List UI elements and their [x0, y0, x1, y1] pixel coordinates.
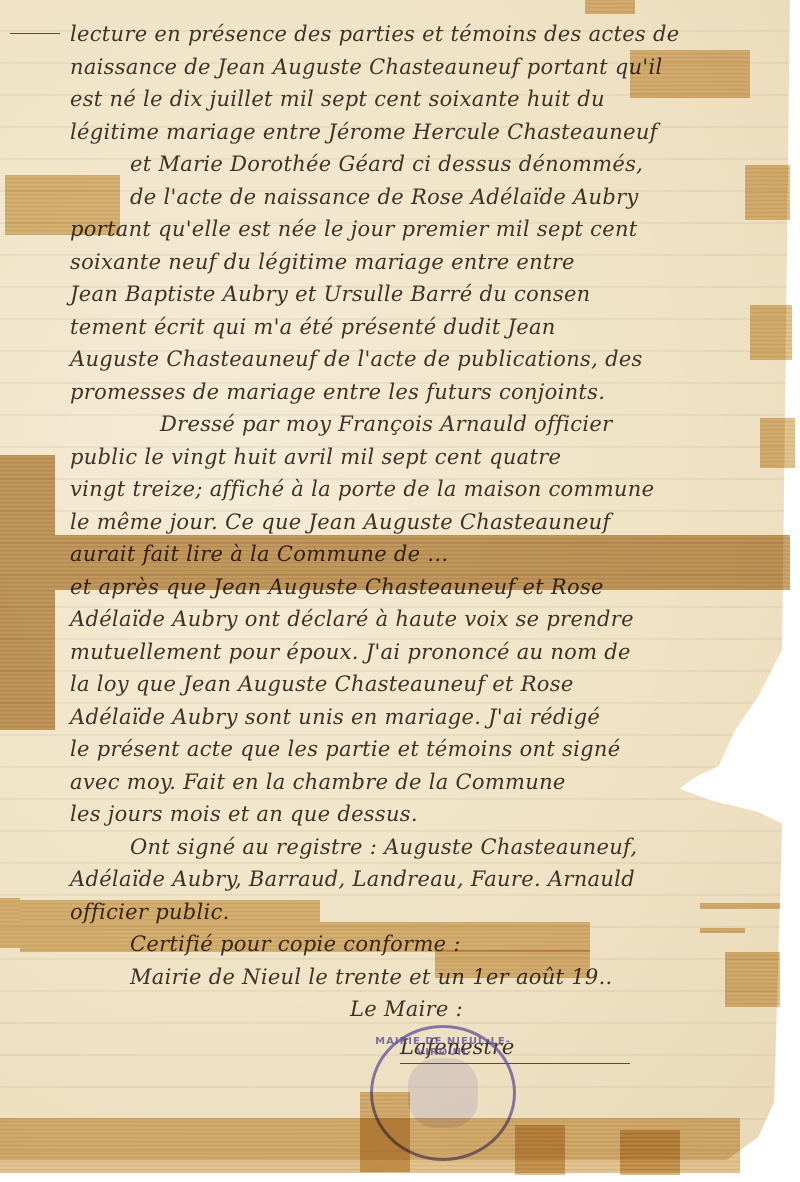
text-line: les jours mois et an que dessus. — [70, 798, 770, 831]
text-line: Auguste Chasteauneuf de l'acte de public… — [70, 343, 770, 376]
text-line: Ont signé au registre : Auguste Chasteau… — [70, 831, 770, 864]
text-line: le même jour. Ce que Jean Auguste Chaste… — [70, 506, 770, 539]
tape-strip — [700, 903, 780, 909]
text-line: avec moy. Fait en la chambre de la Commu… — [70, 766, 770, 799]
text-line: soixante neuf du légitime mariage entre … — [70, 246, 770, 279]
text-line: portant qu'elle est née le jour premier … — [70, 213, 770, 246]
tape-strip — [0, 455, 55, 730]
text-line: Le Maire : — [70, 993, 770, 1026]
tape-strip — [5, 175, 120, 235]
tape-strip — [435, 950, 590, 978]
tape-strip — [20, 900, 320, 922]
text-line: Mairie de Nieul le trente et un 1er août… — [70, 961, 770, 994]
tape-strip — [620, 1130, 680, 1175]
text-line: le présent acte que les partie et témoin… — [70, 733, 770, 766]
text-line: mutuellement pour époux. J'ai prononcé a… — [70, 636, 770, 669]
margin-dash — [10, 33, 60, 34]
text-line: Adélaïde Aubry, Barraud, Landreau, Faure… — [70, 863, 770, 896]
text-line: la loy que Jean Auguste Chasteauneuf et … — [70, 668, 770, 701]
text-line: vingt treize; affiché à la porte de la m… — [70, 473, 770, 506]
tape-strip — [630, 50, 750, 98]
tape-strip — [360, 1092, 410, 1172]
tape-strip — [55, 535, 790, 590]
text-line: Adélaïde Aubry ont déclaré à haute voix … — [70, 603, 770, 636]
text-line: légitime mariage entre Jérome Hercule Ch… — [70, 116, 770, 149]
tape-strip — [725, 952, 780, 1007]
text-line: lecture en présence des parties et témoi… — [70, 18, 770, 51]
handwritten-text: lecture en présence des parties et témoi… — [70, 18, 770, 1026]
tape-strip — [700, 928, 745, 933]
tape-strip — [585, 0, 635, 14]
tape-strip — [0, 898, 20, 948]
text-line: et Marie Dorothée Géard ci dessus dénomm… — [70, 148, 770, 181]
tape-strip — [760, 418, 795, 468]
tape-strip — [20, 922, 590, 952]
text-line: Jean Baptiste Aubry et Ursulle Barré du … — [70, 278, 770, 311]
text-line: Dressé par moy François Arnauld officier — [70, 408, 770, 441]
text-line: promesses de mariage entre les futurs co… — [70, 376, 770, 409]
text-line: Adélaïde Aubry sont unis en mariage. J'a… — [70, 701, 770, 734]
text-line: tement écrit qui m'a été présenté dudit … — [70, 311, 770, 344]
tape-strip — [750, 305, 792, 360]
tape-strip — [515, 1125, 565, 1175]
stamp-text: MAIRIE DE NIEUL-LE-VIROUIL — [373, 1036, 513, 1058]
text-line: de l'acte de naissance de Rose Adélaïde … — [70, 181, 770, 214]
text-line: public le vingt huit avril mil sept cent… — [70, 441, 770, 474]
tape-strip — [745, 165, 790, 220]
